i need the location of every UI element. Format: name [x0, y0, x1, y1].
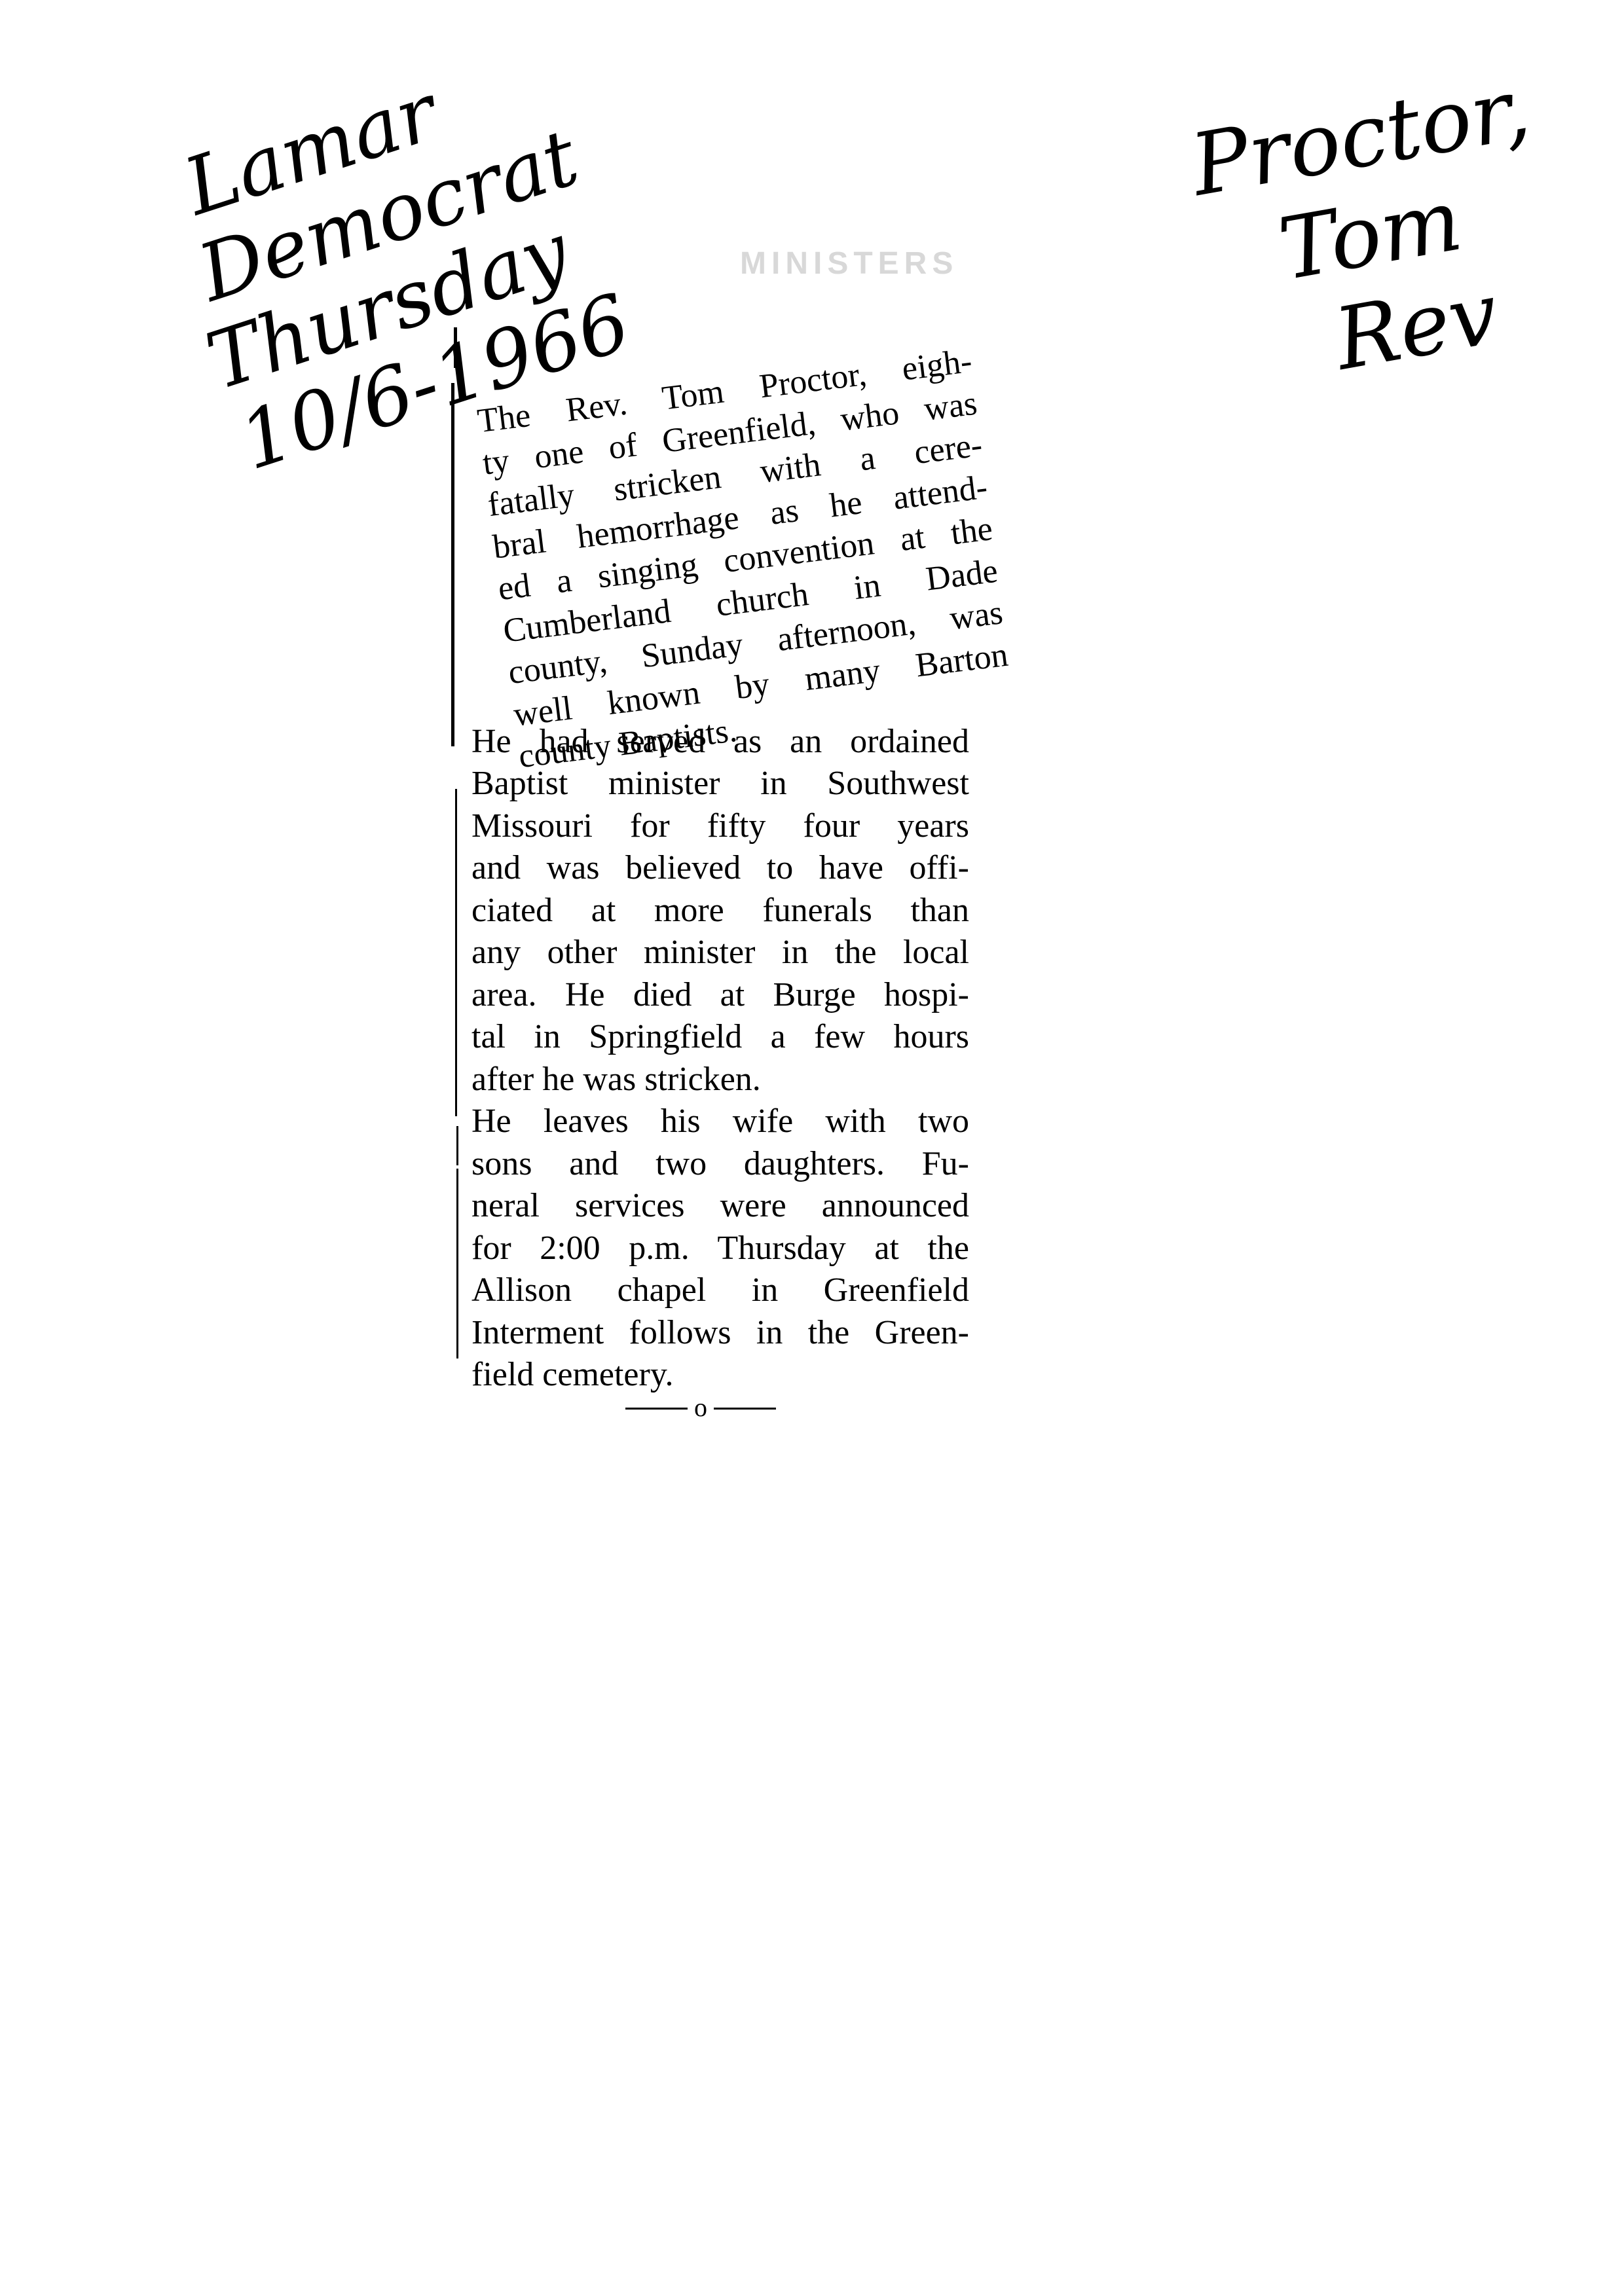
article-line: after he was stricken. — [471, 1059, 969, 1101]
article-line: Missouri for fifty four years — [471, 805, 969, 848]
article-line: tal in Springfield a few hours — [471, 1016, 969, 1059]
article-line: neral services were announced — [471, 1185, 969, 1228]
column-rule — [456, 1169, 458, 1358]
article-paragraph-1: The Rev. Tom Proctor, eigh- ty one of Gr… — [475, 340, 1016, 778]
column-rule — [451, 383, 454, 746]
article-line: any other minister in the local — [471, 932, 969, 974]
article-line: field cemetery. — [471, 1354, 969, 1396]
article-paragraph-2: He had served as an ordained Baptist min… — [471, 721, 969, 1101]
article-line: and was believed to have offi- — [471, 847, 969, 890]
article-line: sons and two daughters. Fu- — [471, 1143, 969, 1186]
handwritten-subject-note: Proctor, Tom Rev — [1185, 65, 1572, 415]
column-rule — [455, 789, 457, 1116]
article-paragraph-3: He leaves his wife with two sons and two… — [471, 1101, 969, 1396]
column-rule — [454, 327, 457, 368]
clipping-faded-header: MINISTERS — [740, 246, 958, 282]
end-of-article-divider: o — [625, 1401, 776, 1414]
article-line: area. He died at Burge hospi- — [471, 974, 969, 1017]
article-line: He leaves his wife with two — [471, 1101, 969, 1143]
article-line: ciated at more funerals than — [471, 890, 969, 932]
article-line: for 2:00 p.m. Thursday at the — [471, 1228, 969, 1270]
obituary-article: The Rev. Tom Proctor, eigh- ty one of Gr… — [471, 340, 969, 1396]
article-line: Allison chapel in Greenfield — [471, 1269, 969, 1312]
article-line: Interment follows in the Green- — [471, 1312, 969, 1355]
column-rule — [456, 1126, 458, 1165]
